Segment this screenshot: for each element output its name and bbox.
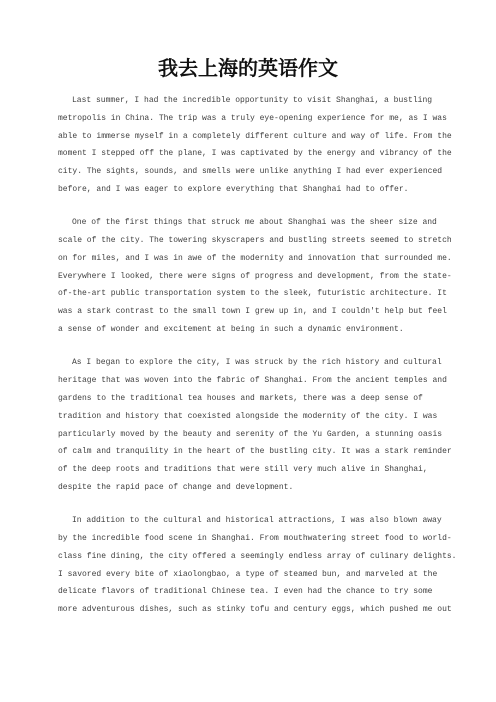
essay-paragraph: Last summer, I had the incredible opport… [0,92,496,199]
essay-line: class fine dining, the city offered a se… [58,548,496,566]
document-page: 我去上海的英语作文 Last summer, I had the incredi… [0,0,496,702]
essay-line: delicate flavors of traditional Chinese … [58,583,496,601]
essay-line: by the incredible food scene in Shanghai… [58,530,496,548]
essay-line: gardens to the traditional tea houses an… [58,390,496,408]
essay-line: particularly moved by the beauty and ser… [58,426,496,444]
essay-line: despite the rapid pace of change and dev… [58,479,496,497]
essay-line: able to immerse myself in a completely d… [58,128,496,146]
essay-line: city. The sights, sounds, and smells wer… [58,163,496,181]
essay-paragraph: As I began to explore the city, I was st… [0,354,496,496]
essay-line: heritage that was woven into the fabric … [58,372,496,390]
essay-line: scale of the city. The towering skyscrap… [58,232,496,250]
essay-line: of calm and tranquility in the heart of … [58,443,496,461]
essay-line: In addition to the cultural and historic… [58,512,496,530]
essay-line: tradition and history that coexisted alo… [58,408,496,426]
essay-body: Last summer, I had the incredible opport… [0,92,496,619]
essay-line: moment I stepped off the plane, I was ca… [58,145,496,163]
essay-paragraph: One of the first things that struck me a… [0,214,496,339]
essay-line: metropolis in China. The trip was a trul… [58,110,496,128]
essay-line: I savored every bite of xiaolongbao, a t… [58,566,496,584]
essay-line: on for miles, and I was in awe of the mo… [58,250,496,268]
essay-line: of the deep roots and traditions that we… [58,461,496,479]
essay-line: Everywhere I looked, there were signs of… [58,268,496,286]
essay-line: One of the first things that struck me a… [58,214,496,232]
essay-line: of-the-art public transportation system … [58,285,496,303]
essay-line: a sense of wonder and excitement at bein… [58,321,496,339]
essay-title: 我去上海的英语作文 [0,55,496,83]
essay-line: As I began to explore the city, I was st… [58,354,496,372]
essay-paragraph: In addition to the cultural and historic… [0,512,496,619]
essay-line: before, and I was eager to explore every… [58,181,496,199]
essay-line: was a stark contrast to the small town I… [58,303,496,321]
essay-line: Last summer, I had the incredible opport… [58,92,496,110]
essay-line: more adventurous dishes, such as stinky … [58,601,496,619]
